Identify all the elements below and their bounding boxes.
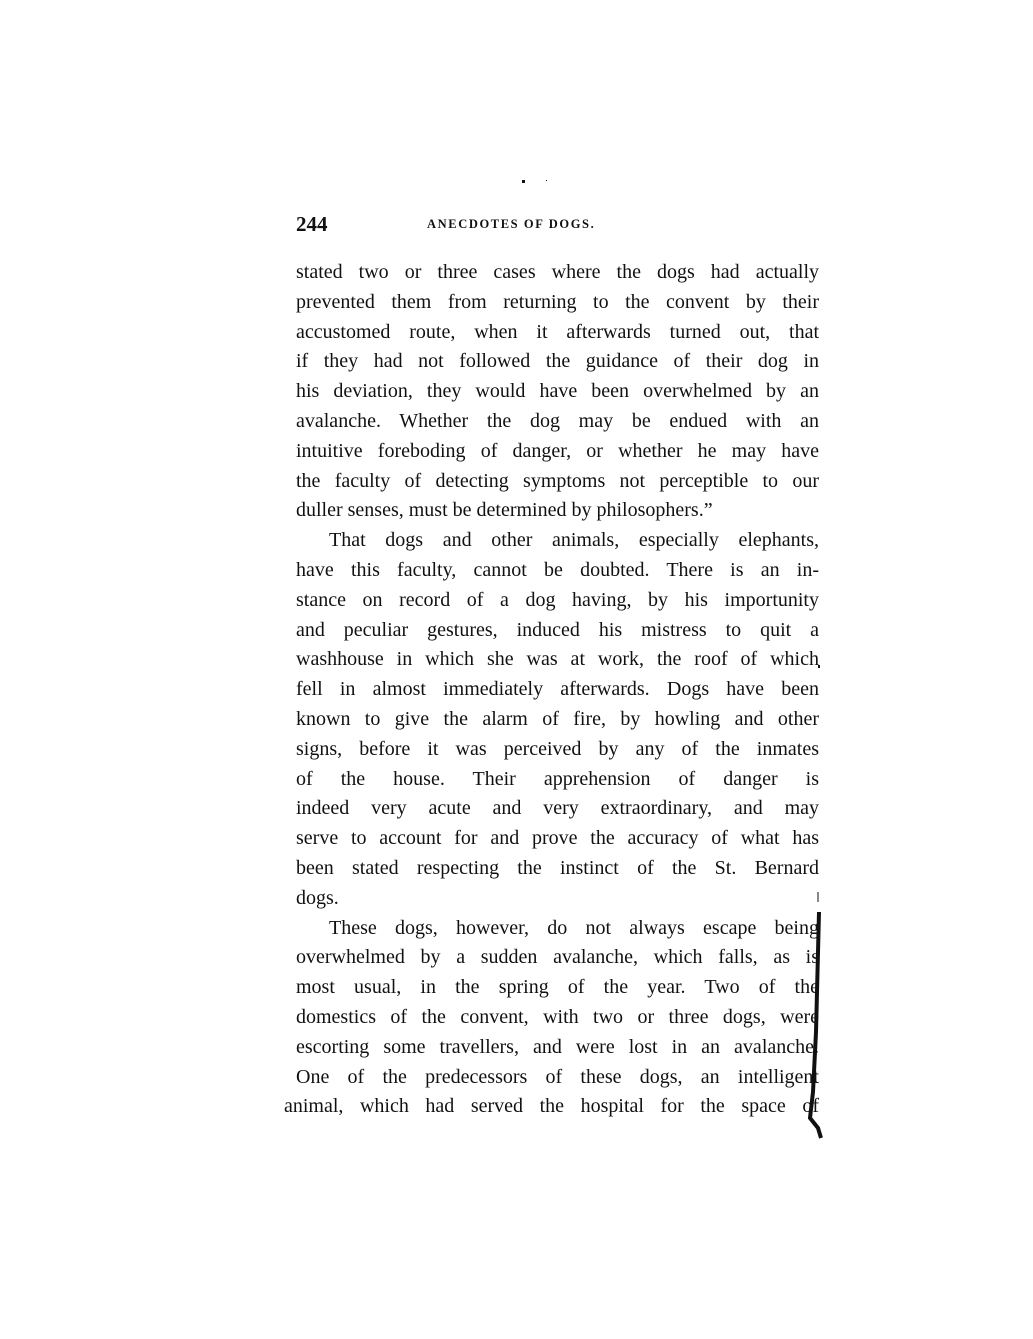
text-line: domestics of the convent, with two or th… [296, 1003, 819, 1033]
page-number: 244 [296, 212, 328, 237]
text-line: known to give the alarm of fire, by howl… [296, 705, 819, 735]
text-line: duller senses, must be determined by phi… [296, 496, 819, 526]
text-line: fell in almost immediately afterwards. D… [296, 675, 819, 705]
text-line: escorting some travellers, and were lost… [296, 1033, 819, 1063]
text-line: These dogs, however, do not always escap… [296, 914, 819, 944]
scan-speck [546, 180, 547, 181]
page-edge-mark [806, 892, 826, 1142]
text-line: stated two or three cases where the dogs… [296, 258, 819, 288]
scan-speck [522, 180, 525, 183]
text-line: and peculiar gestures, induced his mistr… [296, 616, 819, 646]
text-line: serve to account for and prove the accur… [296, 824, 819, 854]
text-line: if they had not followed the guidance of… [296, 347, 819, 377]
text-line: That dogs and other animals, especially … [296, 526, 819, 556]
running-title: ANECDOTES OF DOGS. [427, 217, 595, 232]
text-line: overwhelmed by a sudden avalanche, which… [296, 943, 819, 973]
text-line: animal, which had served the hospital fo… [284, 1092, 819, 1122]
text-line: been stated respecting the instinct of t… [296, 854, 819, 884]
running-head: 244 ANECDOTES OF DOGS. [296, 212, 816, 236]
text-line: of the house. Their apprehension of dang… [296, 765, 819, 795]
text-line: prevented them from returning to the con… [296, 288, 819, 318]
text-line: accustomed route, when it afterwards tur… [296, 318, 819, 348]
text-line: indeed very acute and very extraordinary… [296, 794, 819, 824]
text-line: avalanche. Whether the dog may be endued… [296, 407, 819, 437]
text-line: intuitive foreboding of danger, or wheth… [296, 437, 819, 467]
text-line: his deviation, they would have been over… [296, 377, 819, 407]
book-page: 244 ANECDOTES OF DOGS. stated two or thr… [0, 0, 1033, 1339]
text-line: washhouse in which she was at work, the … [296, 645, 819, 675]
text-line: dogs. [296, 884, 819, 914]
text-line: the faculty of detecting symptoms not pe… [296, 467, 819, 497]
text-line: have this faculty, cannot be doubted. Th… [296, 556, 819, 586]
body-text: stated two or three cases where the dogs… [296, 258, 819, 1122]
text-line: most usual, in the spring of the year. T… [296, 973, 819, 1003]
text-line: One of the predecessors of these dogs, a… [296, 1063, 819, 1093]
text-line: signs, before it was perceived by any of… [296, 735, 819, 765]
text-line: stance on record of a dog having, by his… [296, 586, 819, 616]
